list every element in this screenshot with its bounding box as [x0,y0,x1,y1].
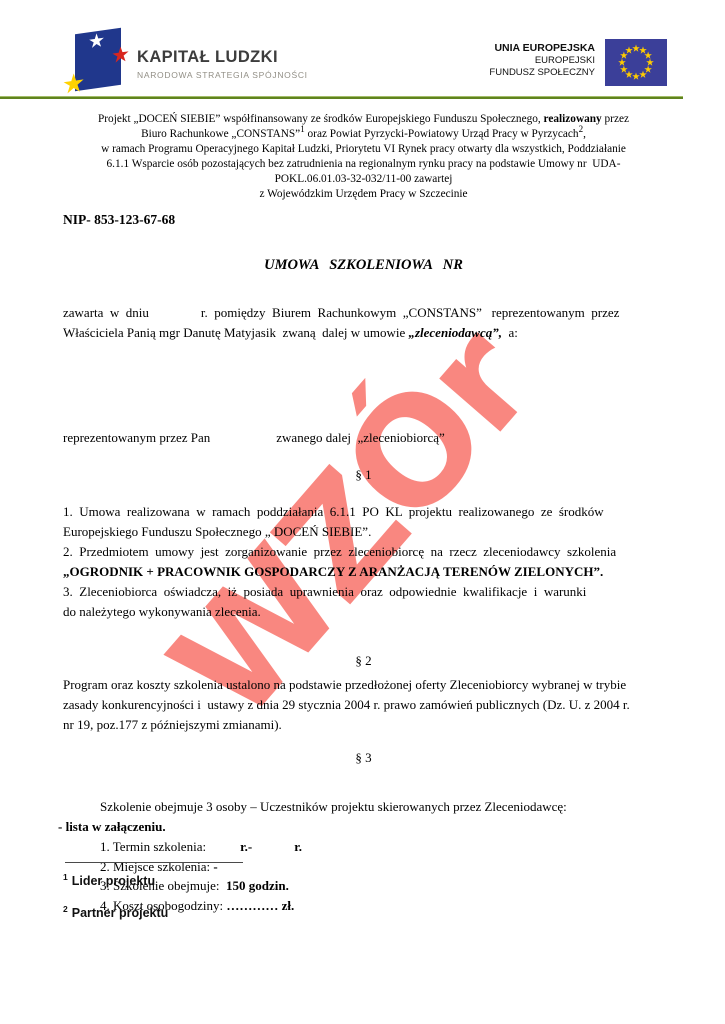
red-star-icon: ★ [111,44,130,68]
kapital-ludzki-title: KAPITAŁ LUDZKI [137,48,308,67]
section-2-paragraph: Program oraz koszty szkolenia ustalono n… [63,675,664,735]
kapital-ludzki-subtitle: NARODOWA STRATEGIA SPÓJNOŚCI [137,70,308,80]
document-title: UMOWA SZKOLENIOWA NR [63,255,664,275]
document-body: Projekt „DOCEŃ SIEBIE” współfinansowany … [63,112,664,915]
section-1-paragraph: 1. Umowa realizowana w ramach poddziałan… [63,502,664,622]
footnote-2-text: Partner projektu [72,906,169,920]
footnote-1: 1Lider projektu [63,872,243,888]
eu-logo: UNIA EUROPEJSKA EUROPEJSKI FUNDUSZ SPOŁE… [489,39,667,86]
eu-logo-line1: UNIA EUROPEJSKA [489,42,595,54]
kapital-ludzki-logo: ★ ★ ★ KAPITAŁ LUDZKI NARODOWA STRATEGIA … [75,30,308,88]
nip-number: NIP- 853-123-67-68 [63,210,664,230]
section-2-mark: § 2 [63,651,664,671]
eu-logo-line2: EUROPEJSKI [489,55,595,66]
kapital-ludzki-flag-icon: ★ ★ ★ [75,28,121,91]
attachment-note: - lista w załączeniu. [58,817,664,837]
section-3-mark: § 3 [63,748,664,768]
eu-logo-text: UNIA EUROPEJSKA EUROPEJSKI FUNDUSZ SPOŁE… [489,39,595,78]
footnote-divider [65,862,243,863]
training-scope-intro: Szkolenie obejmuje 3 osoby – Uczestników… [63,797,664,817]
paragraph-zawarta: zawarta w dniur. pomiędzy Biurem Rachunk… [63,303,664,343]
document-page: WZÓr ★ ★ ★ KAPITAŁ LUDZKI NARODOWA STRAT… [0,0,725,1024]
project-funding-note: Projekt „DOCEŃ SIEBIE” współfinansowany … [63,112,664,202]
header-logos: ★ ★ ★ KAPITAŁ LUDZKI NARODOWA STRATEGIA … [75,30,667,88]
footnote-2: 2Partner projektu [63,904,243,920]
footnote-1-text: Lider projektu [72,874,155,888]
footnote-1-mark: 1 [63,872,68,882]
paragraph-reprezentowanym: reprezentowanym przez Panzwanego dalej „… [63,428,664,448]
yellow-star-icon: ★ [62,70,85,99]
list-item: 1. Termin szkolenia:r.-r. [100,837,664,857]
footnotes: 1Lider projektu 2Partner projektu [63,862,243,936]
section-1-mark: § 1 [63,465,664,485]
eu-logo-line3: FUNDUSZ SPOŁECZNY [489,67,595,78]
footnote-2-mark: 2 [63,904,68,914]
white-star-icon: ★ [88,31,105,52]
kapital-ludzki-text: KAPITAŁ LUDZKI NARODOWA STRATEGIA SPÓJNO… [137,38,308,80]
eu-flag-icon [605,39,667,86]
header-divider [0,96,683,99]
